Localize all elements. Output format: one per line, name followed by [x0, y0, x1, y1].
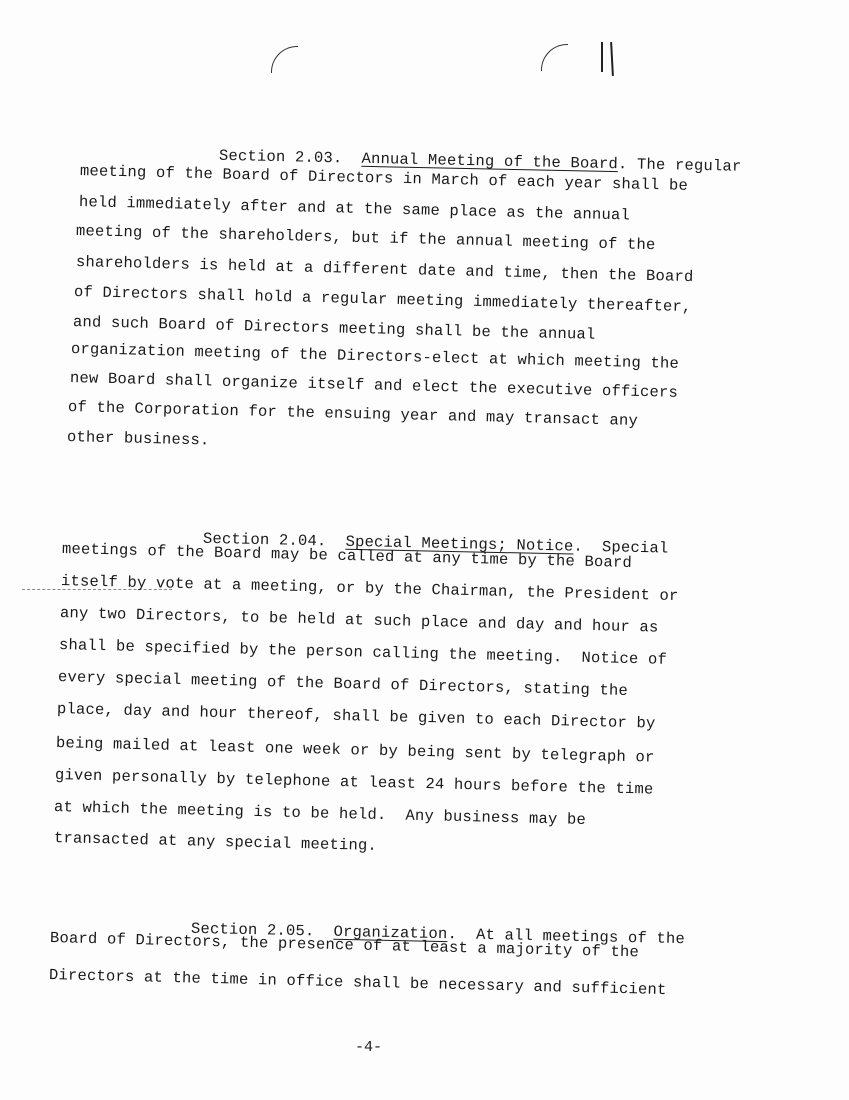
body-line: every special meeting of the Board of Di…	[58, 668, 628, 700]
body-line: held immediately after and at the same p…	[79, 193, 630, 224]
body-line: new Board shall organize itself and elec…	[70, 369, 678, 402]
section-number: Section 2.03.	[219, 147, 343, 168]
body-line: of the Corporation for the ensuing year …	[68, 398, 638, 430]
body-line: any two Directors, to be held at such pl…	[60, 604, 659, 637]
scan-mark	[601, 42, 603, 72]
body-line: meeting of the shareholders, but if the …	[76, 222, 656, 254]
body-line: place, day and hour thereof, shall be gi…	[57, 700, 656, 733]
body-line: shareholders is held at a different date…	[76, 253, 694, 286]
body-line: being mailed at least one week or by bei…	[56, 734, 655, 767]
body-line: at which the meeting is to be held. Any …	[54, 798, 586, 829]
page-number: -4-	[355, 1039, 382, 1056]
scanned-page: Section 2.03. Annual Meeting of the Boar…	[0, 0, 849, 1100]
body-line: Directors at the time in office shall be…	[49, 966, 667, 999]
body-line: of Directors shall hold a regular meetin…	[74, 283, 692, 316]
body-line: other business.	[67, 428, 210, 449]
body-line: organization meeting of the Directors-el…	[71, 340, 679, 373]
scan-mark	[271, 46, 298, 73]
scan-mark	[610, 42, 614, 76]
body-line: transacted at any special meeting.	[54, 829, 377, 855]
body-line: and such Board of Directors meeting shal…	[73, 313, 596, 344]
body-line: shall be specified by the person calling…	[59, 636, 667, 669]
body-line: given personally by telephone at least 2…	[55, 766, 654, 799]
scan-mark	[541, 44, 568, 71]
body-line: itself by vote at a meeting, or by the C…	[61, 572, 679, 605]
